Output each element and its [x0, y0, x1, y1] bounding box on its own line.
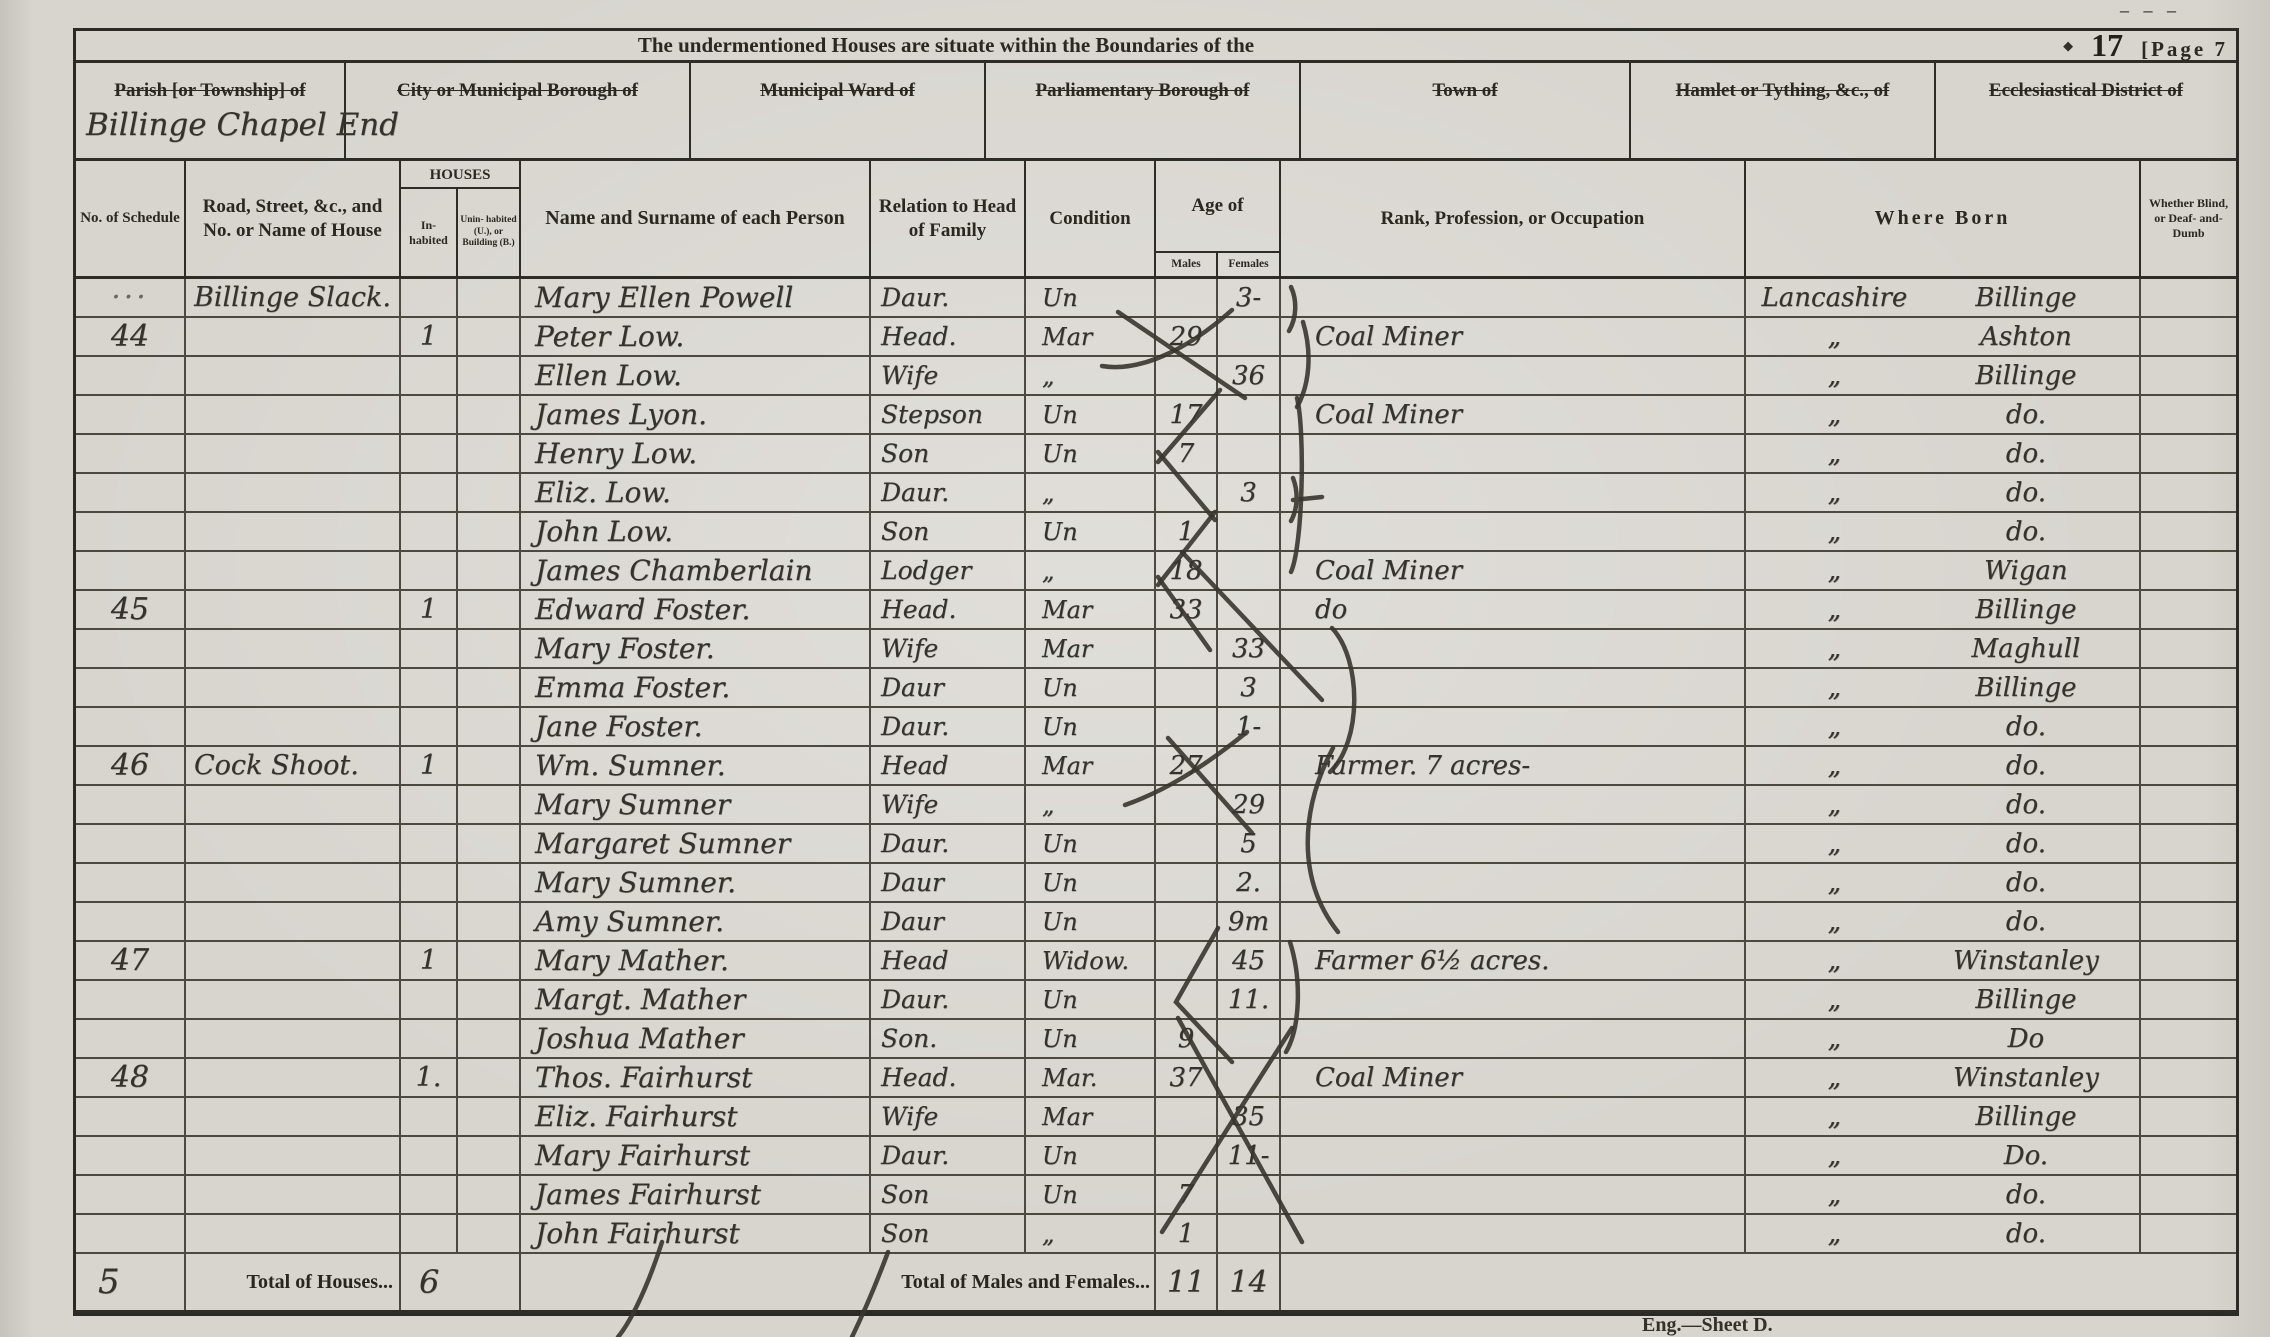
title-band: The undermentioned Houses are situate wi…: [76, 31, 2236, 63]
born-place-text: do.: [1923, 1180, 2139, 1210]
schedule-cell: [76, 708, 186, 745]
age-females-text: 3: [1240, 673, 1257, 703]
blind-cell: [2141, 786, 2236, 823]
blind-cell: [2141, 357, 2236, 394]
table-row: Mary Sumner.DaurUn2.„do.: [76, 864, 2236, 903]
condition-text: Mar.: [1042, 1064, 1097, 1092]
schedule-text: 48: [111, 1060, 149, 1095]
inhabited-cell: [401, 1020, 458, 1057]
table-row: 441Peter Low.Head.Mar29Coal Miner„Ashton: [76, 318, 2236, 357]
relation-text: Stepson: [881, 400, 983, 429]
total-houses-label: Total of Houses...: [246, 1271, 393, 1294]
total-houses-value: 6: [419, 1263, 439, 1301]
relation-cell: Head.: [871, 591, 1026, 628]
condition-cell: Un: [1026, 1137, 1156, 1174]
occupation-cell: [1281, 1020, 1746, 1057]
age-females-cell: 3: [1218, 669, 1281, 706]
table-row: Mary Foster.WifeMar33„Maghull: [76, 630, 2236, 669]
condition-text: Widow.: [1042, 947, 1129, 975]
table-row: Jane Foster.Daur.Un1-„do.: [76, 708, 2236, 747]
schedule-cell: [76, 1137, 186, 1174]
age-females-text: 9m: [1228, 907, 1269, 937]
age-males-text: 7: [1178, 439, 1195, 469]
age-males-cell: [1156, 1137, 1218, 1174]
age-males-text: 27: [1169, 751, 1202, 781]
uninhabited-cell: [458, 981, 521, 1018]
relation-cell: Daur.: [871, 981, 1026, 1018]
condition-text: „: [1042, 791, 1054, 819]
relation-text: Head.: [881, 1063, 956, 1092]
schedule-cell: 45: [76, 591, 186, 628]
condition-text: Un: [1042, 713, 1078, 741]
uninhabited-cell: [458, 669, 521, 706]
header-females: Females: [1218, 253, 1279, 276]
name-cell: Jane Foster.: [521, 708, 871, 745]
uninhabited-cell: [458, 435, 521, 472]
born-county-text: „: [1746, 400, 1923, 430]
born-place-text: do.: [1923, 829, 2139, 859]
uninhabited-cell: [458, 591, 521, 628]
condition-cell: Mar: [1026, 1098, 1156, 1135]
header-relation: Relation to Head of Family: [871, 161, 1026, 276]
occupation-text: Coal Miner: [1315, 400, 1462, 430]
born-county-text: „: [1746, 556, 1923, 586]
total-males-cell: 11: [1156, 1254, 1218, 1310]
born-cell: „do.: [1746, 825, 2141, 862]
relation-cell: Head.: [871, 318, 1026, 355]
schedule-cell: ···: [76, 279, 186, 316]
schedule-cell: [76, 903, 186, 940]
age-males-cell: 1: [1156, 513, 1218, 550]
uninhabited-cell: [458, 747, 521, 784]
name-cell: Joshua Mather: [521, 1020, 871, 1057]
address-cell: [186, 981, 401, 1018]
relation-cell: Wife: [871, 786, 1026, 823]
name-text: Amy Sumner.: [535, 905, 724, 938]
age-females-text: 36: [1232, 361, 1265, 391]
relation-cell: Son: [871, 513, 1026, 550]
born-place-text: do.: [1923, 400, 2139, 430]
relation-text: Daur.: [881, 985, 949, 1014]
name-cell: Eliz. Fairhurst: [521, 1098, 871, 1135]
occupation-cell: [1281, 1215, 1746, 1252]
schedule-cell: [76, 630, 186, 667]
schedule-cell: [76, 513, 186, 550]
name-cell: James Chamberlain: [521, 552, 871, 589]
condition-cell: Un: [1026, 669, 1156, 706]
born-county-text: „: [1746, 751, 1923, 781]
born-county-text: „: [1746, 517, 1923, 547]
page-label: [Page 7: [2141, 37, 2228, 62]
relation-text: Lodger: [881, 556, 971, 585]
age-males-cell: [1156, 942, 1218, 979]
occupation-cell: [1281, 786, 1746, 823]
condition-text: Un: [1042, 908, 1078, 936]
born-cell: „Winstanley: [1746, 942, 2141, 979]
relation-cell: Son: [871, 1215, 1026, 1252]
relation-cell: Stepson: [871, 396, 1026, 433]
schedule-text: ···: [111, 280, 149, 315]
schedule-cell: 47: [76, 942, 186, 979]
blind-cell: [2141, 318, 2236, 355]
occupation-cell: [1281, 1137, 1746, 1174]
name-cell: Ellen Low.: [521, 357, 871, 394]
age-females-text: 35: [1232, 1102, 1265, 1132]
table-row: Emma Foster.DaurUn3„Billinge: [76, 669, 2236, 708]
address-cell: [186, 318, 401, 355]
address-cell: [186, 396, 401, 433]
condition-text: Mar: [1042, 635, 1092, 663]
born-cell: „Maghull: [1746, 630, 2141, 667]
name-text: Thos. Fairhurst: [535, 1061, 752, 1094]
inhabited-cell: 1: [401, 747, 458, 784]
age-males-text: 37: [1169, 1063, 1202, 1093]
age-females-cell: [1218, 318, 1281, 355]
header-name: Name and Surname of each Person: [521, 161, 871, 276]
born-cell: „do.: [1746, 747, 2141, 784]
blind-cell: [2141, 1098, 2236, 1135]
inhabited-cell: [401, 981, 458, 1018]
born-cell: „do.: [1746, 708, 2141, 745]
census-table-body: ···Billinge Slack.Mary Ellen PowellDaur.…: [76, 279, 2236, 1254]
condition-text: Mar: [1042, 752, 1092, 780]
table-row: Amy Sumner.DaurUn9m„do.: [76, 903, 2236, 942]
schedule-cell: [76, 357, 186, 394]
name-cell: Henry Low.: [521, 435, 871, 472]
age-males-cell: 7: [1156, 435, 1218, 472]
table-row: Eliz. Low.Daur.„3„do.: [76, 474, 2236, 513]
name-text: Mary Fairhurst: [535, 1139, 750, 1172]
table-row: Margt. MatherDaur.Un11.„Billinge: [76, 981, 2236, 1020]
born-cell: „Billinge: [1746, 357, 2141, 394]
condition-cell: Un: [1026, 864, 1156, 901]
schedule-text: 47: [111, 943, 149, 978]
occupation-cell: [1281, 903, 1746, 940]
born-place-text: Billinge: [1923, 595, 2139, 625]
age-females-cell: [1218, 747, 1281, 784]
address-cell: [186, 435, 401, 472]
born-county-text: „: [1746, 361, 1923, 391]
condition-cell: Un: [1026, 1176, 1156, 1213]
total-females-cell: 14: [1218, 1254, 1281, 1310]
table-row: John FairhurstSon„1„do.: [76, 1215, 2236, 1254]
inhabited-cell: [401, 279, 458, 316]
inhabited-cell: [401, 669, 458, 706]
relation-cell: Head.: [871, 1059, 1026, 1096]
condition-cell: Un: [1026, 708, 1156, 745]
age-females-cell: [1218, 396, 1281, 433]
relation-text: Wife: [881, 790, 938, 819]
address-cell: [186, 1059, 401, 1096]
blind-cell: [2141, 474, 2236, 511]
blind-cell: [2141, 903, 2236, 940]
uninhabited-cell: [458, 864, 521, 901]
name-cell: James Lyon.: [521, 396, 871, 433]
condition-cell: Un: [1026, 903, 1156, 940]
occupation-cell: Coal Miner: [1281, 318, 1746, 355]
location-label: Municipal Ward of: [691, 79, 984, 103]
inhabited-cell: [401, 357, 458, 394]
relation-text: Daur.: [881, 829, 949, 858]
name-text: James Fairhurst: [535, 1178, 761, 1211]
name-text: Margaret Sumner: [535, 827, 790, 860]
condition-text: Un: [1042, 869, 1078, 897]
born-cell: LancashireBillinge: [1746, 279, 2141, 316]
uninhabited-cell: [458, 1137, 521, 1174]
blind-cell: [2141, 435, 2236, 472]
inhabited-cell: [401, 474, 458, 511]
relation-text: Head.: [881, 322, 956, 351]
age-females-text: 3-: [1236, 283, 1261, 313]
schedule-cell: 46: [76, 747, 186, 784]
inhabited-cell: [401, 1215, 458, 1252]
born-county-text: „: [1746, 322, 1923, 352]
uninhabited-cell: [458, 279, 521, 316]
location-cell: Municipal Ward of: [691, 63, 986, 158]
total-males-value: 11: [1167, 1265, 1205, 1300]
name-text: Mary Sumner: [535, 788, 730, 821]
schedule-cell: 44: [76, 318, 186, 355]
born-cell: „Billinge: [1746, 669, 2141, 706]
sheet-footnote: Eng.—Sheet D.: [1642, 1314, 1773, 1337]
born-county-text: „: [1746, 478, 1923, 508]
table-row: 481.Thos. FairhurstHead.Mar.37Coal Miner…: [76, 1059, 2236, 1098]
born-place-text: do.: [1923, 868, 2139, 898]
inhabited-cell: [401, 396, 458, 433]
page-title: The undermentioned Houses are situate wi…: [76, 33, 1816, 58]
name-cell: Mary Ellen Powell: [521, 279, 871, 316]
born-place-text: Winstanley: [1923, 1063, 2139, 1093]
header-houses-group: HOUSES In- habited Unin- habited (U.), o…: [401, 161, 521, 276]
name-cell: Peter Low.: [521, 318, 871, 355]
schedule-cell: [76, 825, 186, 862]
occupation-cell: [1281, 708, 1746, 745]
condition-cell: Mar: [1026, 591, 1156, 628]
age-males-cell: 37: [1156, 1059, 1218, 1096]
blind-cell: [2141, 279, 2236, 316]
total-males-females-label: Total of Males and Females...: [901, 1271, 1150, 1294]
relation-cell: Head: [871, 942, 1026, 979]
condition-text: Un: [1042, 518, 1078, 546]
location-label: City or Municipal Borough of: [346, 79, 689, 103]
name-text: Jane Foster.: [535, 710, 703, 743]
born-county-text: „: [1746, 634, 1923, 664]
born-cell: „do.: [1746, 396, 2141, 433]
age-males-cell: 27: [1156, 747, 1218, 784]
inhabited-cell: [401, 786, 458, 823]
relation-cell: Daur.: [871, 279, 1026, 316]
uninhabited-cell: [458, 1215, 521, 1252]
blind-cell: [2141, 708, 2236, 745]
relation-cell: Daur.: [871, 825, 1026, 862]
location-cell: Parish [or Township] ofBillinge Chapel E…: [76, 63, 346, 158]
condition-text: „: [1042, 479, 1054, 507]
name-cell: Thos. Fairhurst: [521, 1059, 871, 1096]
born-place-text: Billinge: [1923, 283, 2139, 313]
total-males-females-label-cell: Total of Males and Females...: [521, 1254, 1156, 1310]
age-males-cell: 18: [1156, 552, 1218, 589]
location-cell: Ecclesiastical District of: [1936, 63, 2236, 158]
totals-row: 5 Total of Houses... 6 Total of Males an…: [76, 1254, 2236, 1313]
born-cell: „Billinge: [1746, 981, 2141, 1018]
born-place-text: Billinge: [1923, 1102, 2139, 1132]
blind-cell: [2141, 1137, 2236, 1174]
header-schedule: No. of Schedule: [76, 161, 186, 276]
age-males-text: 17: [1169, 400, 1202, 430]
blind-cell: [2141, 630, 2236, 667]
name-cell: John Low.: [521, 513, 871, 550]
table-row: 46Cock Shoot.1Wm. Sumner.HeadMar27Farmer…: [76, 747, 2236, 786]
uninhabited-cell: [458, 942, 521, 979]
born-place-text: do.: [1923, 1219, 2139, 1249]
age-females-text: 33: [1232, 634, 1265, 664]
age-males-cell: [1156, 708, 1218, 745]
condition-cell: Un: [1026, 279, 1156, 316]
occupation-cell: Coal Miner: [1281, 396, 1746, 433]
age-males-cell: [1156, 474, 1218, 511]
schedule-cell: [76, 435, 186, 472]
address-cell: Billinge Slack.: [186, 279, 401, 316]
age-males-cell: 29: [1156, 318, 1218, 355]
born-cell: „Do: [1746, 1020, 2141, 1057]
relation-text: Daur.: [881, 283, 949, 312]
total-schedules-cell: 5: [76, 1254, 186, 1310]
location-label: Hamlet or Tything, &c., of: [1631, 79, 1934, 103]
name-cell: Emma Foster.: [521, 669, 871, 706]
name-text: Eliz. Fairhurst: [535, 1100, 738, 1133]
relation-text: Son.: [881, 1024, 937, 1053]
table-row: Margaret SumnerDaur.Un5„do.: [76, 825, 2236, 864]
age-males-cell: [1156, 1098, 1218, 1135]
location-label: Town of: [1301, 79, 1629, 103]
table-row: John Low.SonUn1„do.: [76, 513, 2236, 552]
location-label: Ecclesiastical District of: [1936, 79, 2236, 103]
inhabited-cell: 1: [401, 942, 458, 979]
address-cell: [186, 1137, 401, 1174]
born-county-text: „: [1746, 439, 1923, 469]
age-females-cell: 29: [1218, 786, 1281, 823]
schedule-text: 45: [111, 592, 149, 627]
uninhabited-cell: [458, 1059, 521, 1096]
name-cell: Wm. Sumner.: [521, 747, 871, 784]
total-females-value: 14: [1229, 1265, 1267, 1300]
relation-text: Son: [881, 1219, 929, 1248]
location-cell: Parliamentary Borough of: [986, 63, 1301, 158]
relation-text: Daur: [881, 907, 944, 936]
inhabited-cell: [401, 1098, 458, 1135]
location-label: Parish [or Township] of: [76, 79, 344, 103]
age-females-text: 3: [1240, 478, 1257, 508]
address-text: Cock Shoot.: [194, 750, 359, 781]
occupation-cell: [1281, 513, 1746, 550]
name-text: Emma Foster.: [535, 671, 730, 704]
born-cell: „do.: [1746, 1176, 2141, 1213]
relation-cell: Son: [871, 435, 1026, 472]
address-cell: Cock Shoot.: [186, 747, 401, 784]
age-males-text: 1: [1178, 1219, 1195, 1249]
table-row: Joshua MatherSon.Un9„Do: [76, 1020, 2236, 1059]
inhabited-cell: [401, 864, 458, 901]
condition-cell: „: [1026, 474, 1156, 511]
relation-cell: Daur: [871, 669, 1026, 706]
condition-cell: „: [1026, 552, 1156, 589]
condition-text: Un: [1042, 986, 1078, 1014]
occupation-cell: Farmer. 7 acres-: [1281, 747, 1746, 784]
occupation-text: Farmer. 7 acres-: [1315, 751, 1530, 781]
born-place-text: Ashton: [1923, 322, 2139, 352]
name-cell: Mary Fairhurst: [521, 1137, 871, 1174]
corner-pencil-marks: – – –: [2120, 0, 2181, 21]
relation-cell: Daur.: [871, 1137, 1026, 1174]
address-cell: [186, 1176, 401, 1213]
age-females-cell: 11.: [1218, 981, 1281, 1018]
condition-cell: „: [1026, 1215, 1156, 1252]
inhabited-cell: [401, 630, 458, 667]
age-females-cell: 5: [1218, 825, 1281, 862]
inhabited-cell: [401, 435, 458, 472]
born-place-text: Do: [1923, 1024, 2139, 1054]
age-males-cell: [1156, 630, 1218, 667]
name-text: James Lyon.: [535, 398, 707, 431]
occupation-cell: [1281, 864, 1746, 901]
inhabited-text: 1: [420, 750, 437, 781]
column-headers: No. of Schedule Road, Street, &c., and N…: [76, 161, 2236, 279]
age-females-cell: [1218, 1215, 1281, 1252]
inhabited-text: 1.: [416, 1062, 442, 1093]
relation-cell: Wife: [871, 1098, 1026, 1135]
occupation-cell: [1281, 474, 1746, 511]
inhabited-cell: [401, 825, 458, 862]
blind-cell: [2141, 1059, 2236, 1096]
age-males-cell: [1156, 279, 1218, 316]
condition-cell: Un: [1026, 1020, 1156, 1057]
header-inhabited: In- habited: [401, 189, 458, 276]
born-place-text: Maghull: [1923, 634, 2139, 664]
blind-cell: [2141, 1176, 2236, 1213]
relation-cell: Wife: [871, 630, 1026, 667]
uninhabited-cell: [458, 786, 521, 823]
occupation-cell: [1281, 669, 1746, 706]
born-county-text: „: [1746, 1102, 1923, 1132]
born-place-text: Winstanley: [1923, 946, 2139, 976]
age-males-text: 7: [1178, 1180, 1195, 1210]
header-age: Age of: [1156, 161, 1279, 251]
table-row: 471Mary Mather.HeadWidow.45Farmer 6½ acr…: [76, 942, 2236, 981]
born-place-text: Do.: [1923, 1141, 2139, 1171]
condition-text: Un: [1042, 1025, 1078, 1053]
uninhabited-cell: [458, 708, 521, 745]
name-cell: Eliz. Low.: [521, 474, 871, 511]
relation-cell: Daur.: [871, 474, 1026, 511]
born-place-text: do.: [1923, 790, 2139, 820]
occupation-text: Coal Miner: [1315, 556, 1462, 586]
schedule-cell: [76, 669, 186, 706]
schedule-cell: [76, 552, 186, 589]
relation-cell: Lodger: [871, 552, 1026, 589]
name-text: Henry Low.: [535, 437, 697, 470]
relation-cell: Wife: [871, 357, 1026, 394]
condition-cell: Mar: [1026, 747, 1156, 784]
blind-cell: [2141, 1215, 2236, 1252]
age-males-text: 18: [1169, 556, 1202, 586]
relation-text: Son: [881, 439, 929, 468]
condition-text: Mar: [1042, 1103, 1092, 1131]
name-cell: Margt. Mather: [521, 981, 871, 1018]
name-text: James Chamberlain: [535, 554, 813, 587]
name-cell: Edward Foster.: [521, 591, 871, 628]
header-condition: Condition: [1026, 161, 1156, 276]
relation-text: Son: [881, 517, 929, 546]
